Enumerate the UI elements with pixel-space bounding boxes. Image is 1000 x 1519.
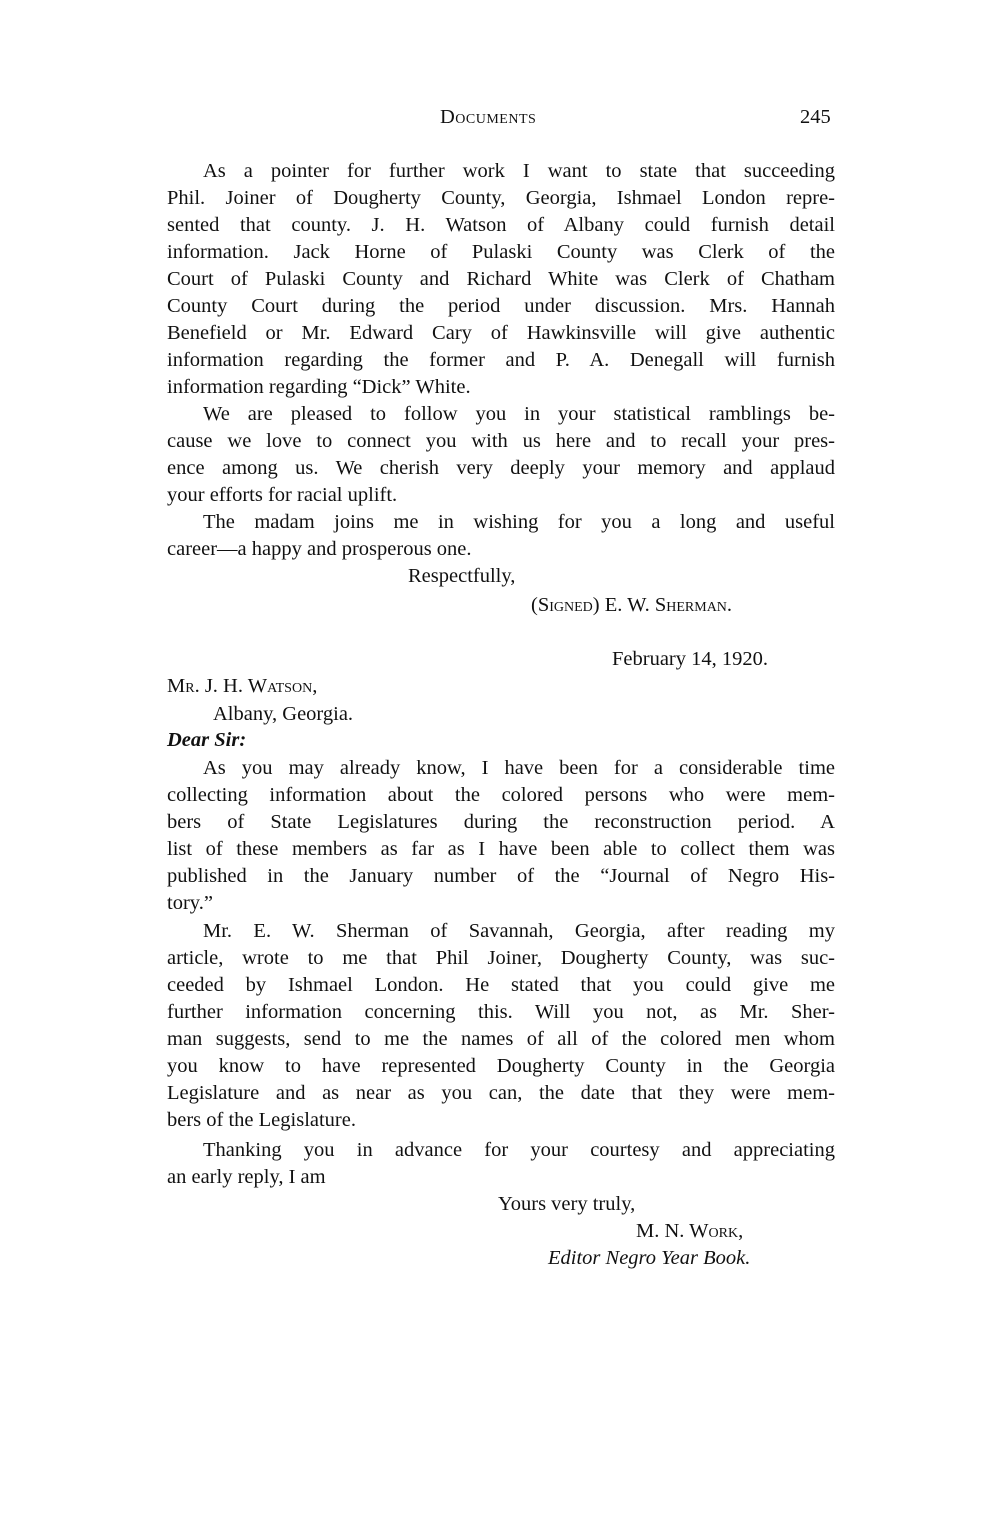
- text-line: an early reply, I am: [167, 1164, 835, 1191]
- letter1-closing: Respectfully,: [408, 563, 515, 590]
- text-line: ence among us. We cherish very deeply yo…: [167, 455, 835, 482]
- text-line: article, wrote to me that Phil Joiner, D…: [167, 945, 835, 972]
- text-line: As a pointer for further work I want to …: [167, 158, 835, 185]
- text-line: tory.”: [167, 890, 835, 917]
- text-line: collecting information about the colored…: [167, 782, 835, 809]
- text-line: cause we love to connect you with us her…: [167, 428, 835, 455]
- text-line: Mr. E. W. Sherman of Savannah, Georgia, …: [167, 918, 835, 945]
- text-line: list of these members as far as I have b…: [167, 836, 835, 863]
- text-line: County Court during the period under dis…: [167, 293, 835, 320]
- text-line: Legislature and as near as you can, the …: [167, 1080, 835, 1107]
- text-line: As you may already know, I have been for…: [167, 755, 835, 782]
- text-line: The madam joins me in wishing for you a …: [167, 509, 835, 536]
- letter2-salutation: Dear Sir:: [167, 727, 246, 754]
- text-line: published in the January number of the “…: [167, 863, 835, 890]
- text-line: you know to have represented Dougherty C…: [167, 1053, 835, 1080]
- text-line: bers of State Legislatures during the re…: [167, 809, 835, 836]
- letter2-closing: Yours very truly,: [498, 1191, 635, 1218]
- text-line: Benefield or Mr. Edward Cary of Hawkinsv…: [167, 320, 835, 347]
- text-line: Court of Pulaski County and Richard Whit…: [167, 266, 835, 293]
- text-line: information regarding “Dick” White.: [167, 374, 835, 401]
- page-number: 245: [800, 104, 831, 131]
- letter1-signature: (Signed) E. W. Sherman.: [531, 592, 732, 619]
- text-line: sented that county. J. H. Watson of Alba…: [167, 212, 835, 239]
- text-line: information. Jack Horne of Pulaski Count…: [167, 239, 835, 266]
- document-page: Documents 245 As a pointer for further w…: [0, 0, 1000, 1519]
- text-line: your efforts for racial uplift.: [167, 482, 835, 509]
- text-line: man suggests, send to me the names of al…: [167, 1026, 835, 1053]
- text-line: We are pleased to follow you in your sta…: [167, 401, 835, 428]
- letter2-signature-name: M. N. Work,: [636, 1218, 743, 1245]
- text-line: ceeded by Ishmael London. He stated that…: [167, 972, 835, 999]
- text-line: career—a happy and prosperous one.: [167, 536, 835, 563]
- text-line: Thanking you in advance for your courtes…: [167, 1137, 835, 1164]
- letter2-addressee-location: Albany, Georgia.: [213, 701, 353, 728]
- text-line: bers of the Legislature.: [167, 1107, 835, 1134]
- letter2-addressee-name: Mr. J. H. Watson,: [167, 673, 317, 700]
- letter2-signature-title: Editor Negro Year Book.: [548, 1245, 750, 1272]
- text-line: Phil. Joiner of Dougherty County, Georgi…: [167, 185, 835, 212]
- running-header-title: Documents: [440, 104, 536, 131]
- letter2-date: February 14, 1920.: [612, 646, 768, 673]
- text-line: information regarding the former and P. …: [167, 347, 835, 374]
- text-line: further information concerning this. Wil…: [167, 999, 835, 1026]
